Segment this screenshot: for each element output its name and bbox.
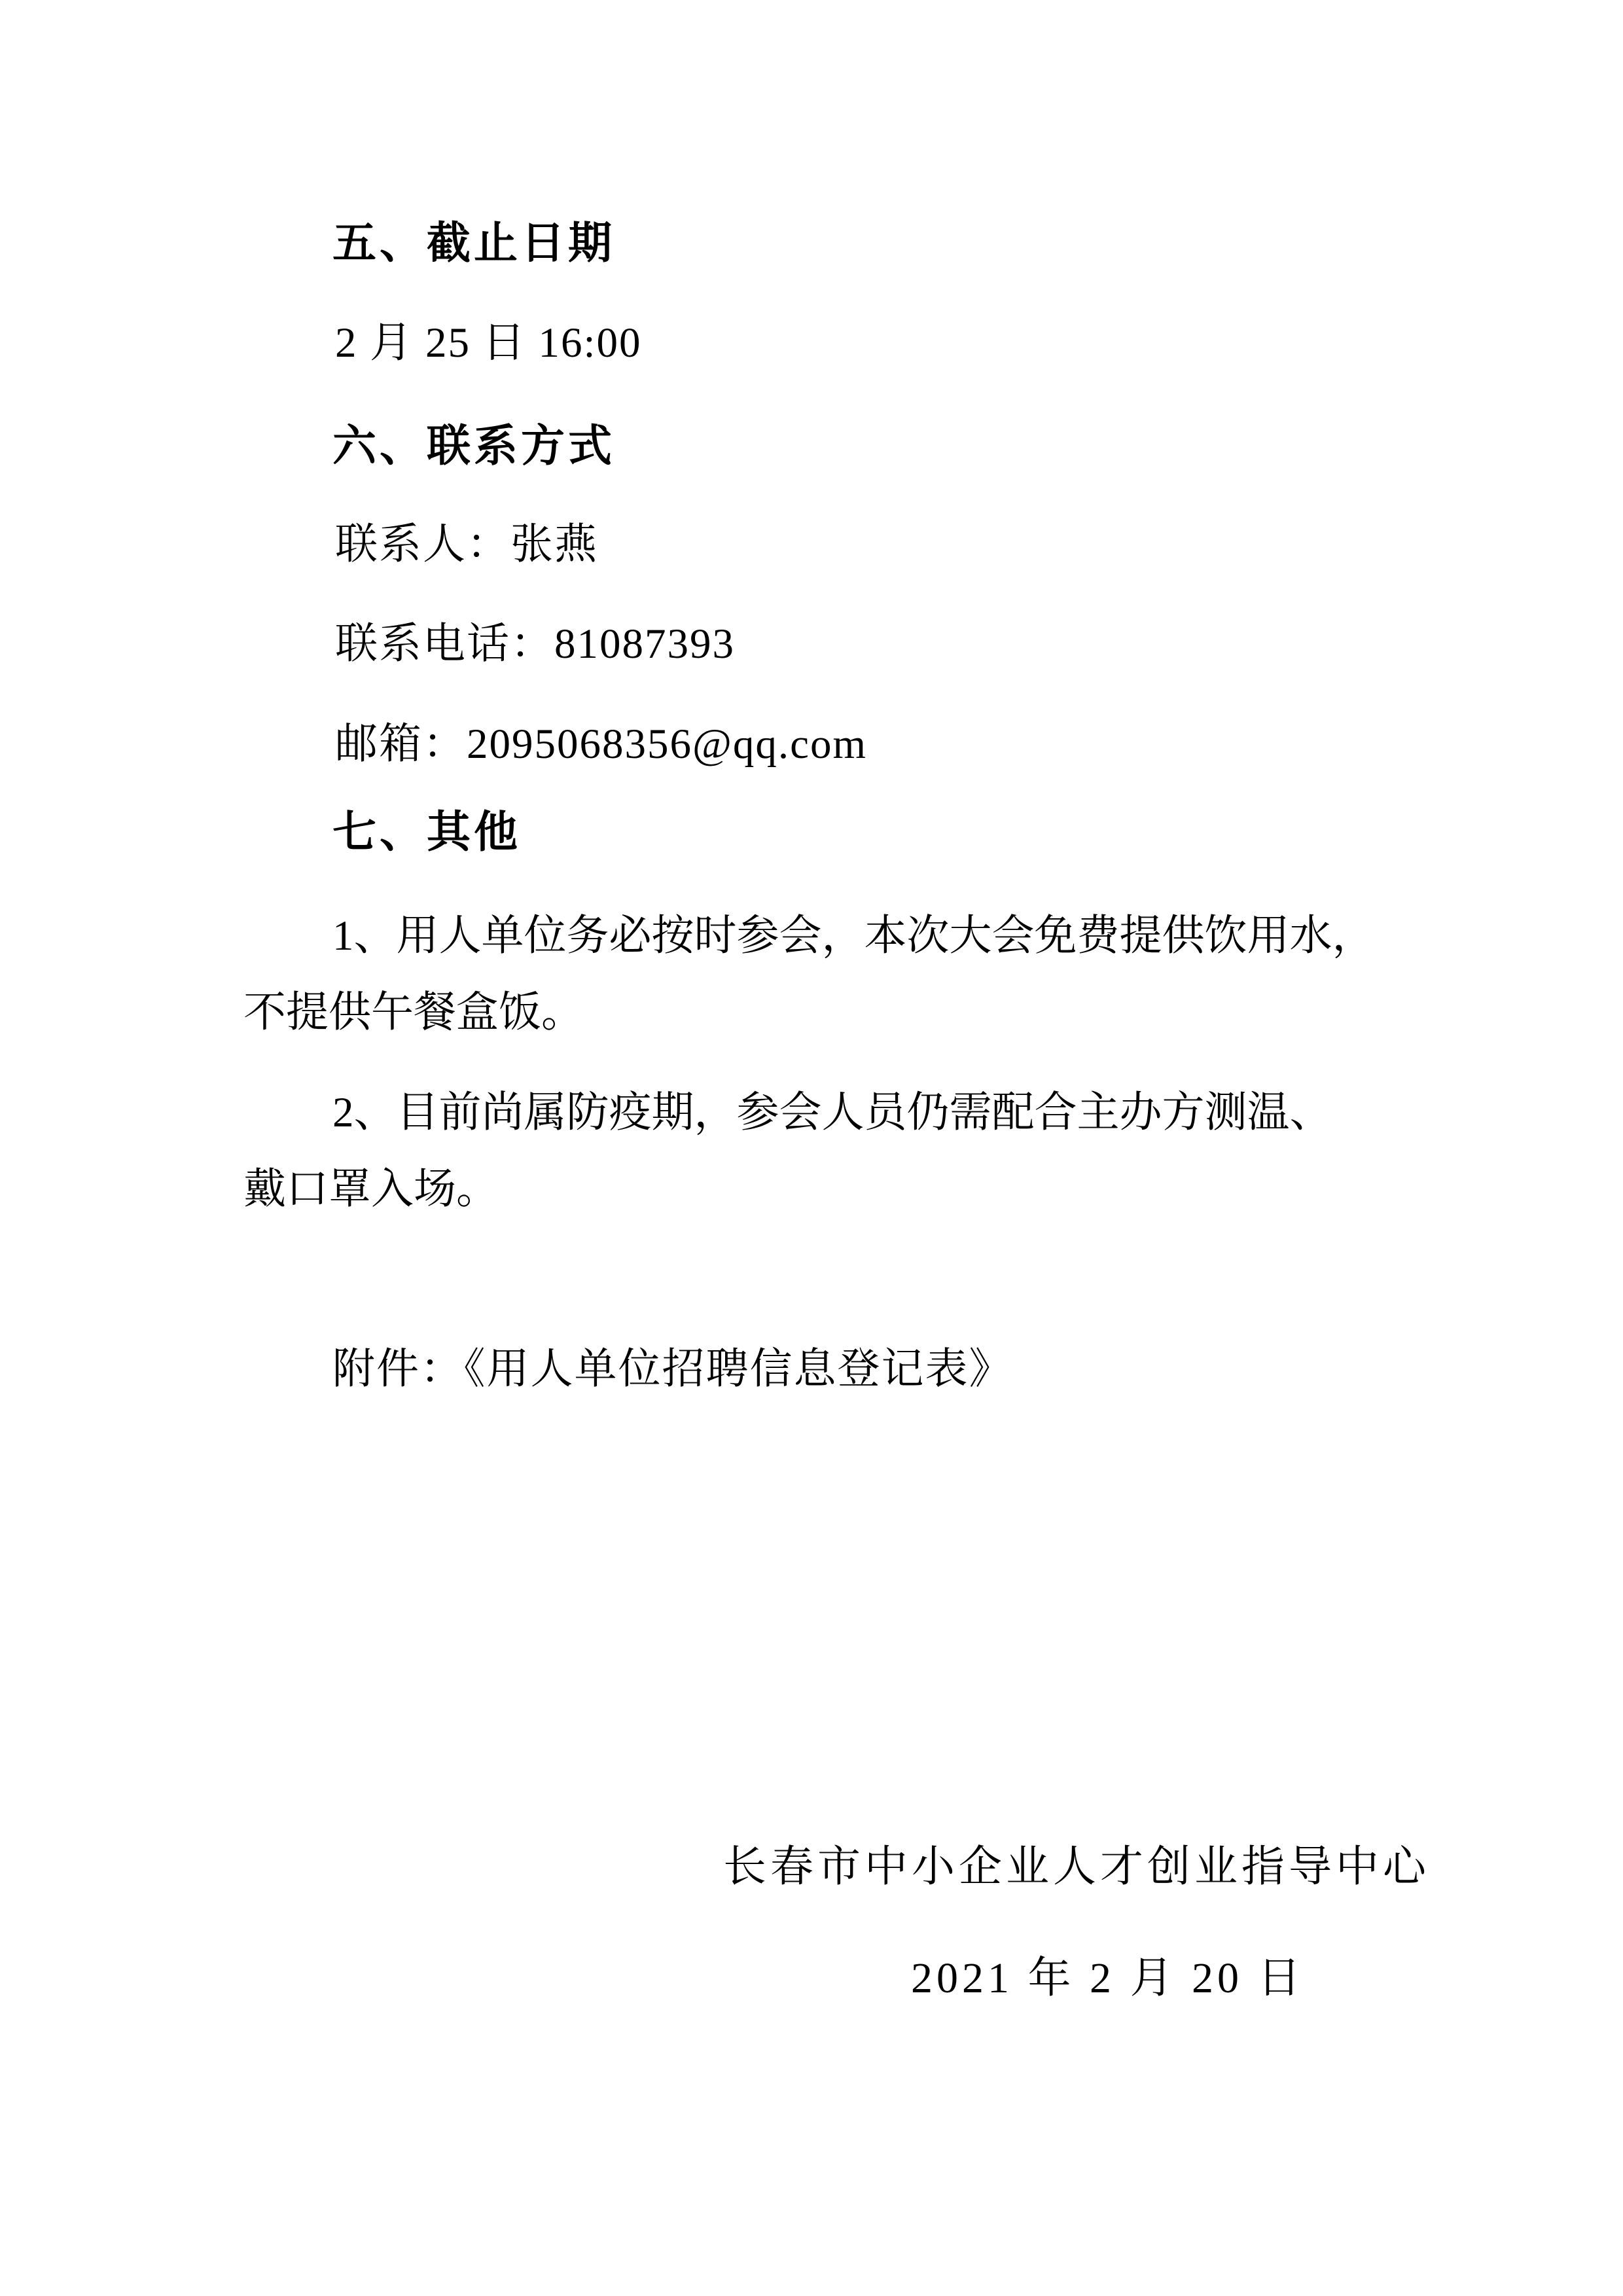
other-item-2-line-1: 2、目前尚属防疫期，参会人员仍需配合主办方测温、	[332, 1092, 1332, 1134]
signature-date: 2021 年 2 月 20 日	[911, 1957, 1305, 2000]
other-item-1-line-1: 1、用人单位务必按时参会，本次大会免费提供饮用水，	[332, 915, 1375, 958]
document-page: 五、截止日期 2 月 25 日 16:00 六、联系方式 联系人：张燕 联系电话…	[0, 0, 1623, 2296]
other-item-2-line-2: 戴口罩入场。	[243, 1168, 499, 1211]
contact-person-line: 联系人：张燕	[335, 524, 598, 566]
signature-organization: 长春市中小企业人才创业指导中心	[723, 1846, 1430, 1889]
other-item-1-line-2: 不提供午餐盒饭。	[243, 992, 584, 1034]
deadline-value: 2 月 25 日 16:00	[335, 322, 642, 365]
section-heading-deadline: 五、截止日期	[332, 221, 615, 265]
contact-phone-line: 联系电话：81087393	[335, 623, 735, 666]
attachment-reference-line: 附件：《用人单位招聘信息登记表》	[332, 1348, 1013, 1391]
section-heading-other: 七、其他	[332, 810, 521, 854]
section-heading-contact: 六、联系方式	[332, 424, 615, 468]
contact-email-line: 邮箱：2095068356@qq.com	[335, 723, 867, 766]
